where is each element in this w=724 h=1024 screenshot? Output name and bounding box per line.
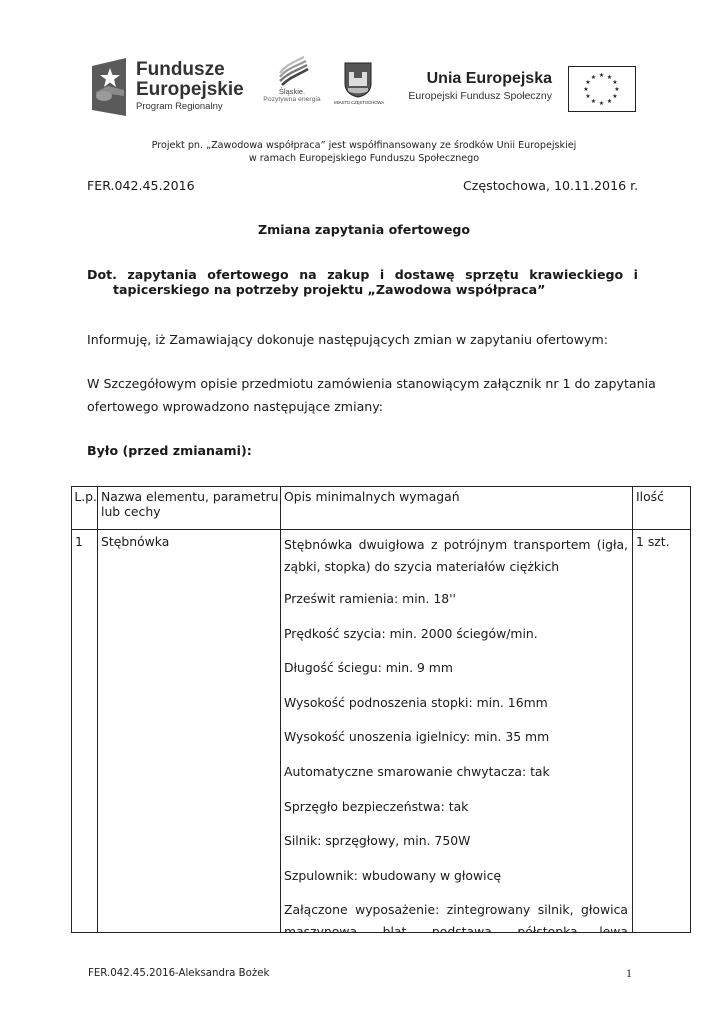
spec-line: Prześwit ramienia: min. 18'' [284,588,628,610]
fundusze-title-line2: Europejskie [136,80,244,100]
unia-title: Unia Europejska [400,70,552,88]
table-header-row: L.p. Nazwa elementu, parametru lub cechy… [72,487,691,530]
cell-quantity: 1 szt. [633,530,691,933]
city-crest-caption: MIASTO CZĘSTOCHOWA [334,100,378,105]
project-note-line1: Projekt pn. „Zawodowa współpraca” jest w… [86,139,642,152]
project-note: Projekt pn. „Zawodowa współpraca” jest w… [86,139,642,165]
document-title: Zmiana zapytania ofertowego [86,222,642,238]
document-reference: FER.042.45.2016 [87,178,195,194]
svg-text:★: ★ [599,72,604,79]
czestochowa-crest-icon [344,62,372,98]
spec-line: Automatyczne smarowanie chwytacza: tak [284,761,628,783]
place-date: Częstochowa, 10.11.2016 r. [463,178,638,194]
fundusze-title-line1: Fundusze [136,60,244,80]
changes-paragraph-line2: ofertowego wprowadzono następujące zmian… [87,399,383,415]
intro-paragraph: Informuję, iż Zamawiający dokonuje nastę… [87,332,608,348]
slaskie-name: Śląskie. [262,87,322,96]
spec-line: Załączone wyposażenie: zintegrowany siln… [284,899,628,932]
spec-line: Szpulownik: wbudowany w głowicę [284,865,628,887]
project-note-line2: w ramach Europejskiego Funduszu Społeczn… [86,152,642,165]
svg-text:★: ★ [614,86,619,93]
spec-line: Silnik: sprzęgłowy, min. 750W [284,830,628,852]
header-name: Nazwa elementu, parametru lub cechy [98,487,281,530]
cell-lp: 1 [72,530,98,933]
table-row: 1 Stębnówka Stębnówka dwuigłowa z potrój… [72,530,691,933]
svg-text:★: ★ [591,74,596,81]
svg-text:★: ★ [612,93,617,100]
fundusze-subtitle: Program Regionalny [136,102,244,112]
header-description: Opis minimalnych wymagań [281,487,633,530]
spec-line: Sprzęgło bezpieczeństwa: tak [284,796,628,818]
svg-text:★: ★ [585,93,590,100]
header-lp: L.p. [72,487,98,530]
unia-subtitle: Europejski Fundusz Społeczny [400,89,552,103]
svg-text:★: ★ [599,100,604,107]
page-number: 1 [626,966,632,981]
header-quantity: Ilość [633,487,691,530]
specification-table: L.p. Nazwa elementu, parametru lub cechy… [71,486,691,933]
slaskie-tagline: Pozytywna energia [262,96,322,104]
footer-reference: FER.042.45.2016-Aleksandra Bożek [88,968,269,979]
subject-line1: Dot. zapytania ofertowego na zakup i dos… [87,267,638,283]
slaskie-waves-icon [274,55,310,87]
svg-text:★: ★ [607,98,612,105]
city-crest-logo: MIASTO CZĘSTOCHOWA [338,62,378,112]
subject-line2: tapicerskiego na potrzeby projektu „Zawo… [113,282,545,298]
eu-flag-icon: ★ ★ ★ ★ ★ ★ ★ ★ ★ ★ ★ ★ [568,66,636,112]
cell-description: Stębnówka dwuigłowa z potrójnym transpor… [281,530,633,933]
spec-line: Długość ściegu: min. 9 mm [284,657,628,679]
cell-name: Stębnówka [98,530,281,933]
changes-paragraph-line1: W Szczegółowym opisie przedmiotu zamówie… [87,376,656,392]
spec-line: Stębnówka dwuigłowa z potrójnym transpor… [284,534,628,578]
section-heading-before: Było (przed zmianami): [87,443,252,459]
svg-text:★: ★ [612,79,617,86]
spec-line: Wysokość unoszenia igielnicy: min. 35 mm [284,726,628,748]
svg-text:★: ★ [591,98,596,105]
fundusze-europejskie-text: Fundusze Europejskie Program Regionalny [136,60,244,112]
fundusze-europejskie-logo-icon [90,58,128,116]
unia-europejska-text: Unia Europejska Europejski Fundusz Społe… [400,70,552,103]
svg-text:★: ★ [583,86,588,93]
slaskie-logo: Śląskie. Pozytywna energia [262,55,322,115]
spec-line: Wysokość podnoszenia stopki: min. 16mm [284,692,628,714]
spec-line: Prędkość szycia: min. 2000 ściegów/min. [284,623,628,645]
